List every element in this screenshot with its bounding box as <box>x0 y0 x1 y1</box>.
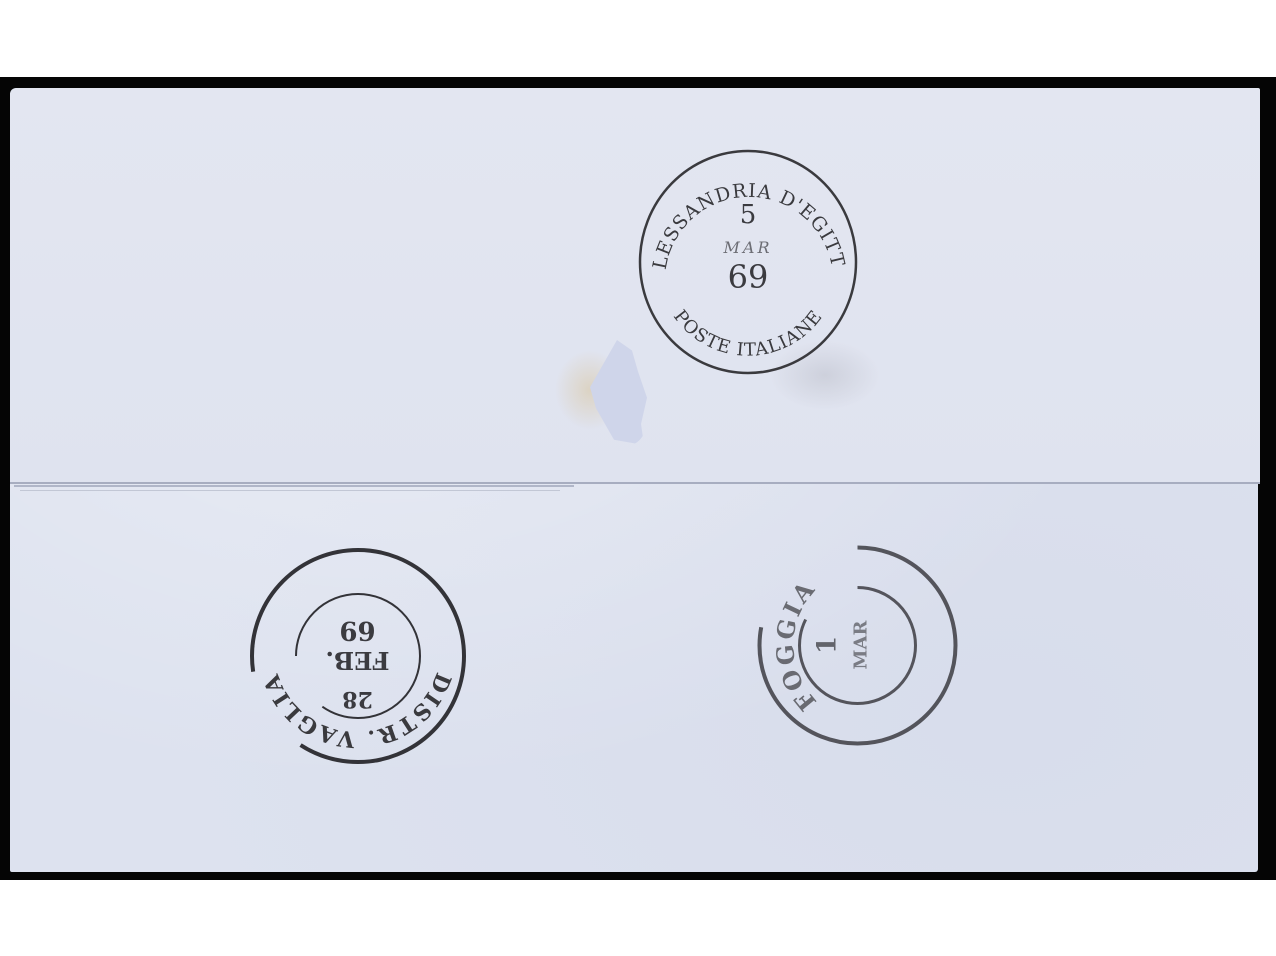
postmark-day: 28 <box>245 686 470 712</box>
postmark-year: 69 <box>636 258 860 296</box>
postmark-month: MAR <box>851 533 872 758</box>
postmark-foggia: FOGGIA 1 MAR <box>753 533 963 758</box>
svg-text:POSTE ITALIANE: POSTE ITALIANE <box>669 306 827 361</box>
postmark-alessandria: ALESSANDRIA D'EGITTO POSTE ITALIANE 5 MA… <box>636 148 860 376</box>
postmark-day: 1 <box>813 533 843 758</box>
postmark-month: MAR <box>636 238 860 257</box>
fold-line-secondary <box>20 490 560 491</box>
postmark-year: 69 <box>245 615 470 645</box>
postmark-bottom-text: POSTE ITALIANE <box>669 306 827 361</box>
fold-line <box>14 485 574 487</box>
postmark-month: FEB. <box>245 646 470 675</box>
postmark-day: 5 <box>636 200 860 230</box>
postmark-distr-vaglia: DISTR. VAGLIA 28 FEB. 69 <box>245 545 470 767</box>
